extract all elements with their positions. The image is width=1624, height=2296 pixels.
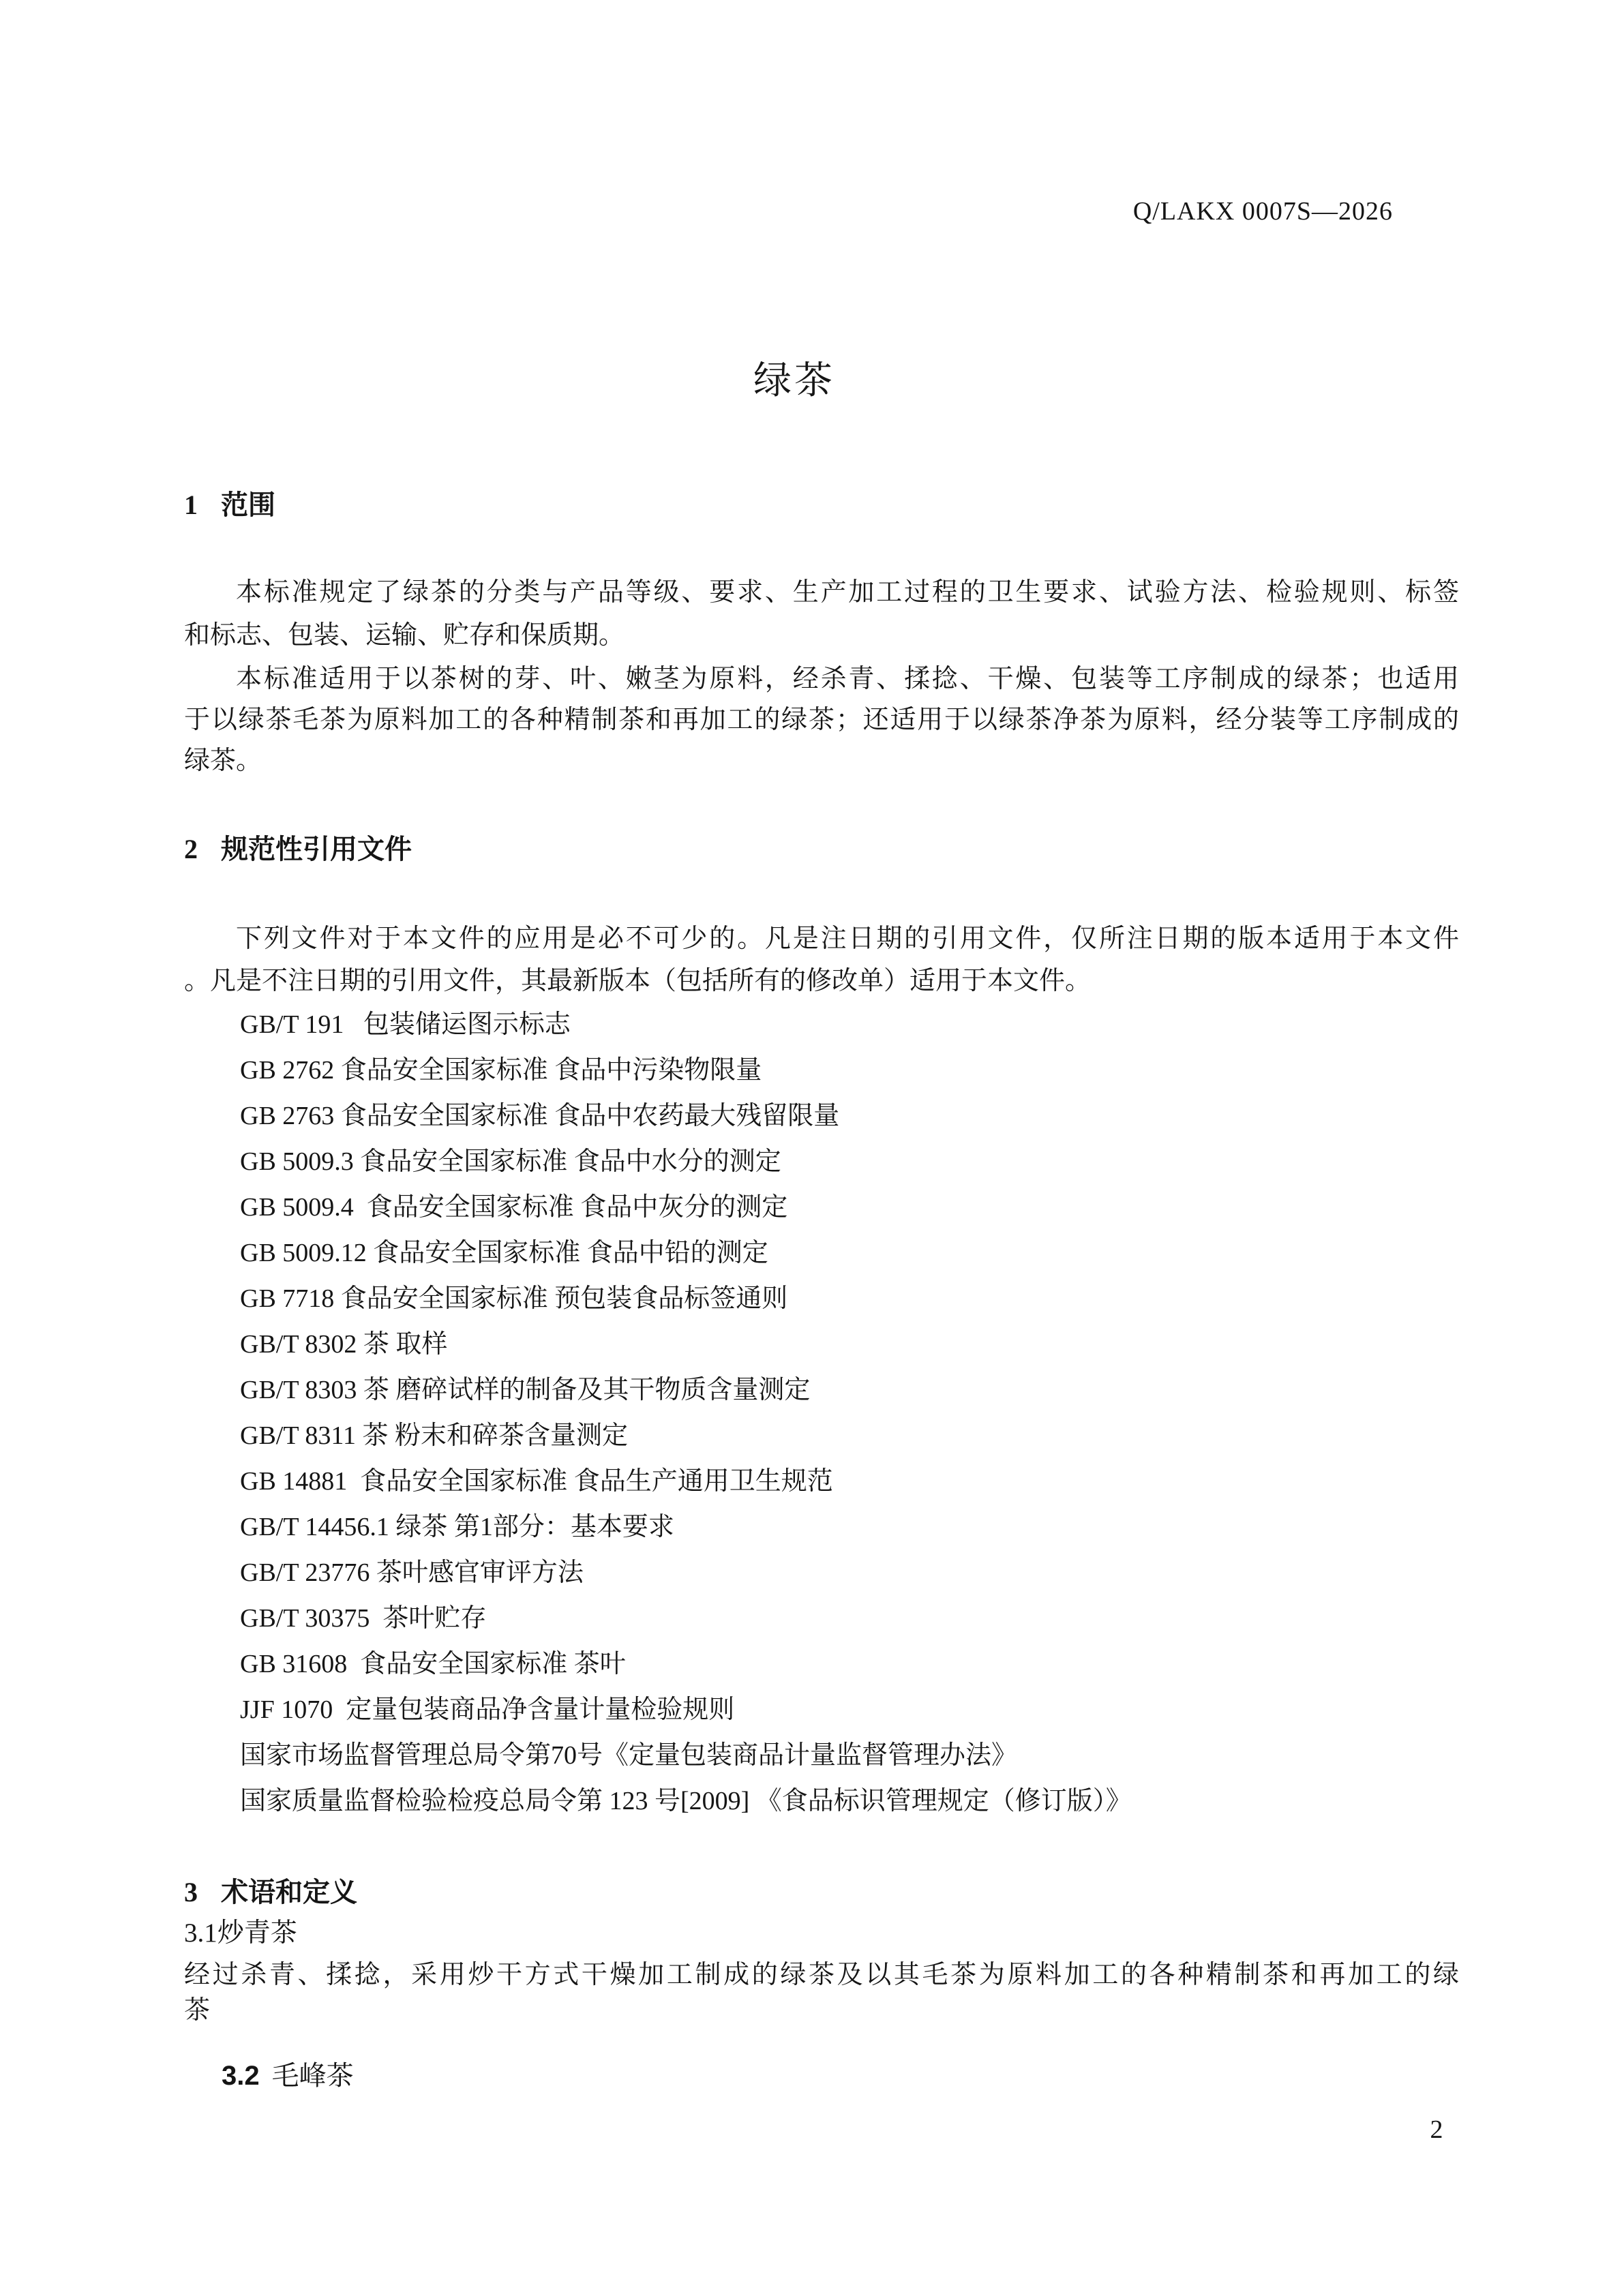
- term-3-1-definition: 经过杀青、揉捻，采用炒干方式干燥加工制成的绿茶及以其毛茶为原料加工的各种精制茶和…: [184, 1957, 1459, 2028]
- scope-paragraph-2-line: 绿茶。: [184, 740, 1459, 781]
- reference-item: GB 2762 食品安全国家标准 食品中污染物限量: [240, 1048, 1459, 1093]
- reference-item: GB/T 8302 茶 取样: [240, 1322, 1459, 1368]
- section-3-heading: 3术语和定义: [184, 1877, 357, 1907]
- doc-code: Q/LAKX 0007S—2026: [1133, 196, 1393, 226]
- reference-item: GB/T 23776 茶叶感官审评方法: [240, 1550, 1459, 1596]
- page-number: 2: [1420, 2115, 1453, 2145]
- reference-item: GB/T 14456.1 绿茶 第1部分：基本要求: [240, 1505, 1459, 1550]
- term-3-1-definition-line: 茶: [184, 1993, 1459, 2028]
- scope-paragraph-1-line: 和标志、包装、运输、贮存和保质期。: [184, 614, 1459, 657]
- references-intro-paragraph: 下列文件对于本文件的应用是必不可少的。凡是注日期的引用文件，仅所注日期的版本适用…: [184, 918, 1459, 1002]
- reference-item: GB 14881 食品安全国家标准 食品生产通用卫生规范: [240, 1459, 1459, 1505]
- term-3-1-definition-line: 经过杀青、揉捻，采用炒干方式干燥加工制成的绿茶及以其毛茶为原料加工的各种精制茶和…: [184, 1957, 1459, 1993]
- reference-item: GB 7718 食品安全国家标准 预包装食品标签通则: [240, 1276, 1459, 1322]
- reference-item: GB 5009.12 食品安全国家标准 食品中铅的测定: [240, 1230, 1459, 1276]
- document-page: Q/LAKX 0007S—2026 绿茶 1范围 本标准规定了绿茶的分类与产品等…: [0, 0, 1624, 2296]
- section-2-title: 规范性引用文件: [221, 834, 412, 864]
- section-3-number: 3: [184, 1877, 198, 1907]
- term-3-1-heading: 3.1炒青茶: [184, 1917, 297, 1950]
- reference-item: JJF 1070 定量包装商品净含量计量检验规则: [240, 1687, 1459, 1733]
- reference-item: GB 5009.4 食品安全国家标准 食品中灰分的测定: [240, 1185, 1459, 1230]
- reference-item: GB/T 8311 茶 粉末和碎茶含量测定: [240, 1413, 1459, 1459]
- reference-item: GB 5009.3 食品安全国家标准 食品中水分的测定: [240, 1139, 1459, 1185]
- references-intro-line: 下列文件对于本文件的应用是必不可少的。凡是注日期的引用文件，仅所注日期的版本适用…: [184, 918, 1459, 960]
- reference-item: 国家质量监督检验检疫总局令第 123 号[2009] 《食品标识管理规定（修订版…: [240, 1779, 1459, 1824]
- section-1-heading: 1范围: [184, 490, 275, 520]
- reference-item: 国家市场监督管理总局令第70号《定量包装商品计量监督管理办法》: [240, 1733, 1459, 1779]
- references-intro-line: 。凡是不注日期的引用文件，其最新版本（包括所有的修改单）适用于本文件。: [184, 960, 1459, 1002]
- section-2-heading: 2规范性引用文件: [184, 834, 412, 864]
- term-3-2-heading: 3.2毛峰茶: [222, 2060, 354, 2091]
- section-3-title: 术语和定义: [221, 1877, 357, 1907]
- scope-paragraph-1: 本标准规定了绿茶的分类与产品等级、要求、生产加工过程的卫生要求、试验方法、检验规…: [184, 571, 1459, 657]
- term-3-2-number: 3.2: [222, 2061, 260, 2091]
- reference-item: GB 2763 食品安全国家标准 食品中农药最大残留限量: [240, 1093, 1459, 1139]
- section-2-number: 2: [184, 834, 198, 864]
- scope-paragraph-2-line: 本标准适用于以茶树的芽、叶、嫩茎为原料，经杀青、揉捻、干燥、包装等工序制成的绿茶…: [184, 659, 1459, 699]
- reference-item: GB/T 8303 茶 磨碎试样的制备及其干物质含量测定: [240, 1368, 1459, 1413]
- normative-references-list: GB/T 191 包装储运图示标志GB 2762 食品安全国家标准 食品中污染物…: [184, 1002, 1459, 1824]
- reference-item: GB/T 30375 茶叶贮存: [240, 1596, 1459, 1642]
- reference-item: GB/T 191 包装储运图示标志: [240, 1002, 1459, 1048]
- reference-item: GB 31608 食品安全国家标准 茶叶: [240, 1642, 1459, 1687]
- scope-paragraph-2: 本标准适用于以茶树的芽、叶、嫩茎为原料，经杀青、揉捻、干燥、包装等工序制成的绿茶…: [184, 659, 1459, 781]
- scope-paragraph-1-line: 本标准规定了绿茶的分类与产品等级、要求、生产加工过程的卫生要求、试验方法、检验规…: [184, 571, 1459, 614]
- scope-paragraph-2-line: 于以绿茶毛茶为原料加工的各种精制茶和再加工的绿茶；还适用于以绿茶净茶为原料，经分…: [184, 699, 1459, 740]
- doc-title: 绿茶: [184, 350, 1404, 405]
- section-1-number: 1: [184, 489, 198, 520]
- section-1-title: 范围: [221, 489, 275, 520]
- term-3-2-name: 毛峰茶: [272, 2061, 354, 2091]
